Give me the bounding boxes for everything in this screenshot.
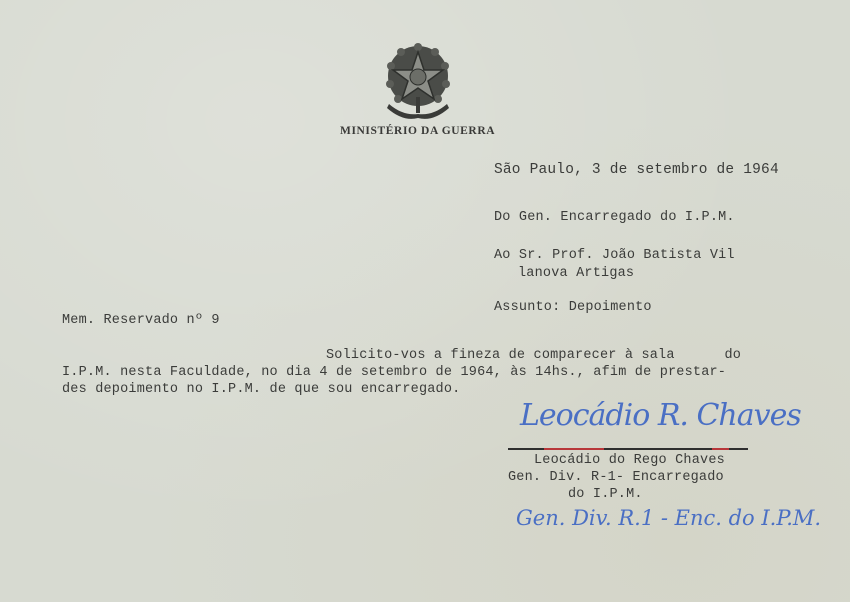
body-line-3: des depoimento no I.P.M. de que sou enca… <box>62 382 460 397</box>
from-line: Do Gen. Encarregado do I.P.M. <box>494 210 735 225</box>
body-line-2: I.P.M. nesta Faculdade, no dia 4 de sete… <box>62 365 726 380</box>
body-line-1: Solicito-vos a fineza de comparecer à sa… <box>326 348 741 363</box>
ministry-title: MINISTÉRIO DA GUERRA <box>340 125 495 137</box>
recipient-line-1: Ao Sr. Prof. João Batista Vil <box>494 248 735 263</box>
subject-line: Assunto: Depoimento <box>494 300 652 315</box>
recipient-line-2: lanova Artigas <box>518 266 634 281</box>
coat-of-arms-icon <box>383 42 453 122</box>
signatory-title-line-1: Gen. Div. R-1- Encarregado <box>508 470 724 485</box>
handwritten-note: Gen. Div. R.1 - Enc. do I.P.M. <box>516 506 821 530</box>
signature-line <box>508 448 748 450</box>
signatory-name: Leocádio do Rego Chaves <box>534 453 725 468</box>
place-date: São Paulo, 3 de setembro de 1964 <box>494 162 779 178</box>
handwritten-signature: Leocádio R. Chaves <box>520 398 801 433</box>
signatory-title-line-2: do I.P.M. <box>568 487 643 502</box>
memo-reference: Mem. Reservado nº 9 <box>62 313 220 328</box>
